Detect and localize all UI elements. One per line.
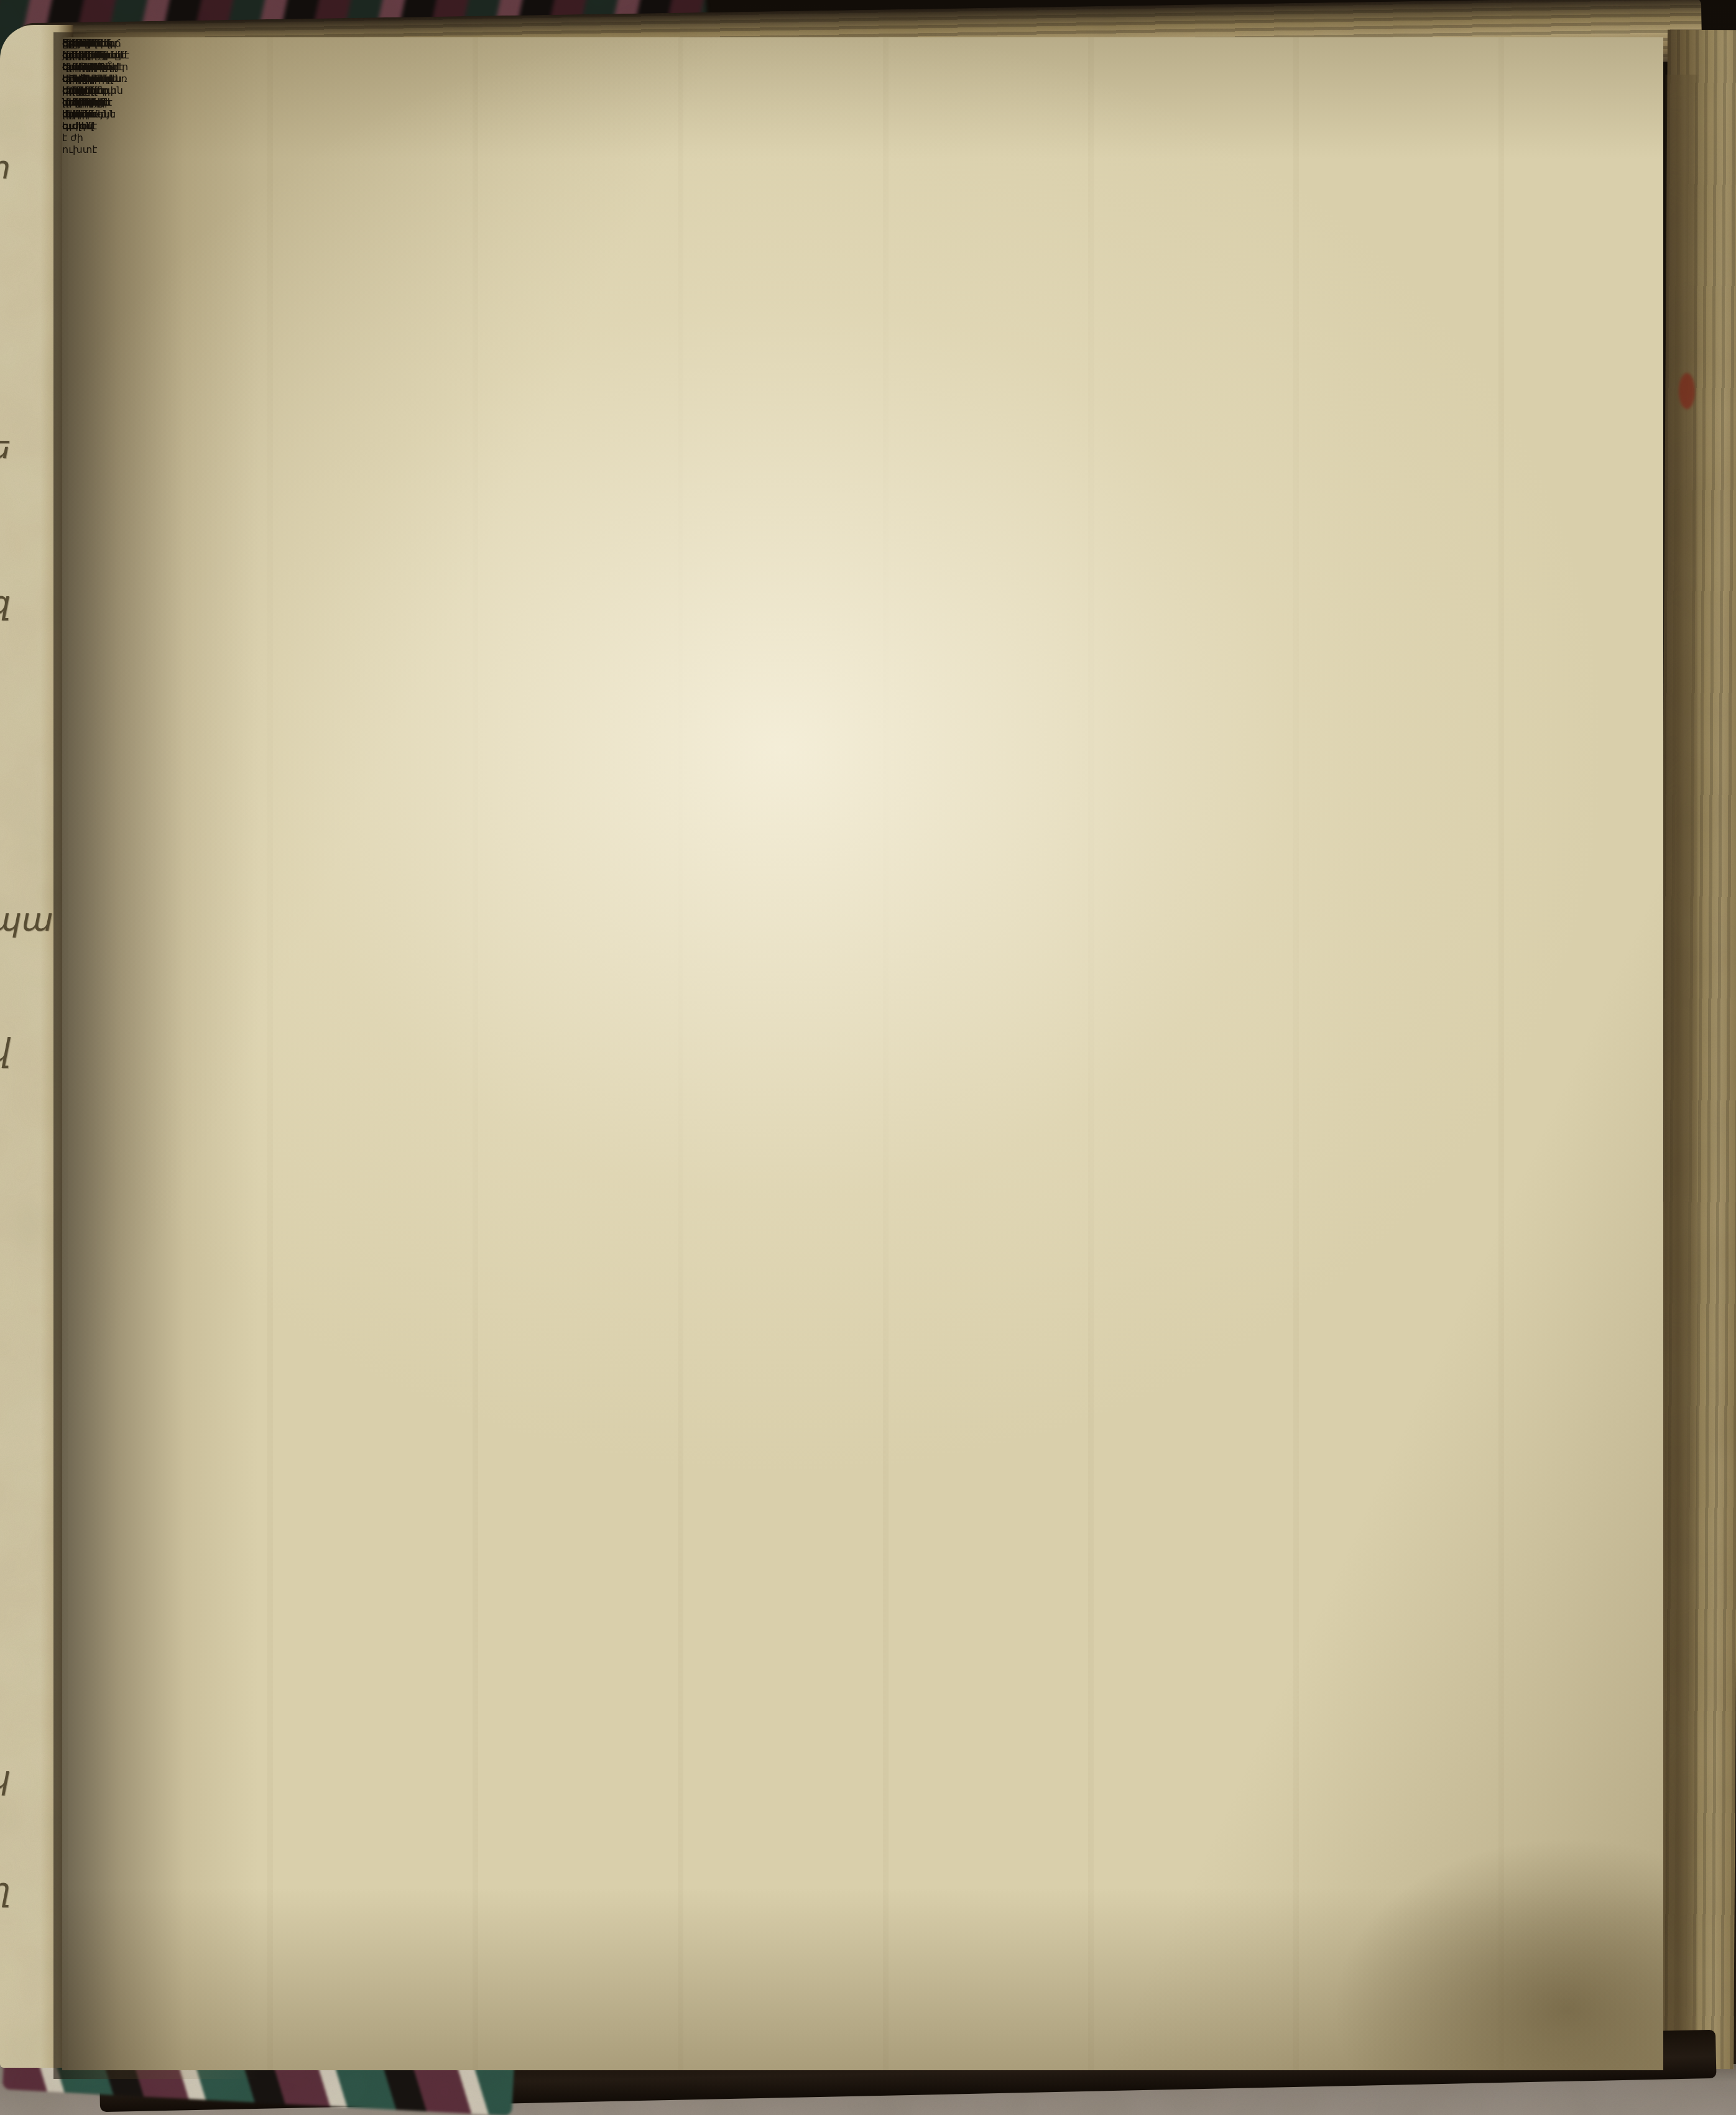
manuscript-page: Ի ժամին յընթացս ։ Եւ այնմին կիժութեան հա…	[62, 37, 1663, 2070]
manuscript-photo: ր ե զ պա վ կ ղ Ի ժամին յընթացս ։ Եւ այնմ…	[0, 0, 1736, 2115]
page-number-stamp: 345	[62, 37, 81, 49]
